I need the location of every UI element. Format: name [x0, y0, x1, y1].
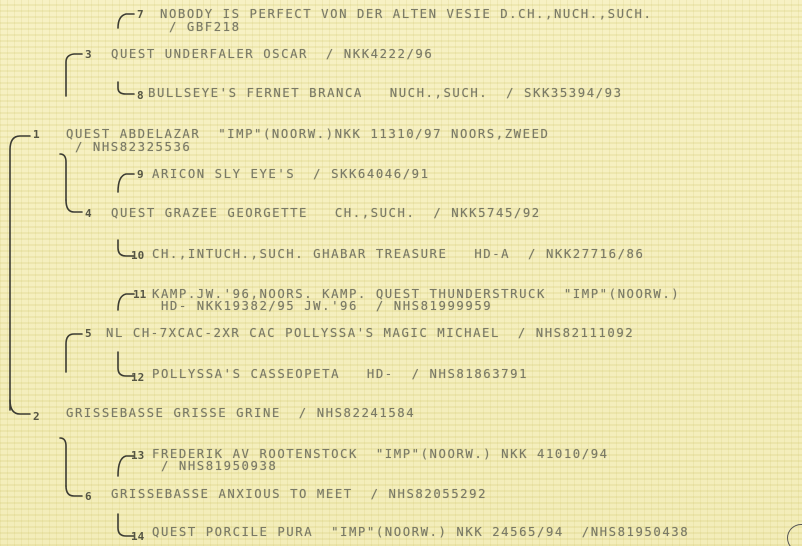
entry-number-10: 10: [131, 249, 144, 262]
entry-number-3: 3: [85, 48, 92, 61]
entry-number-4: 4: [85, 207, 92, 220]
entry-number-5: 5: [85, 327, 92, 340]
entry-10-line-1: CH.,INTUCH.,SUCH. GHABAR TREASURE HD-A /…: [152, 248, 644, 261]
entry-number-6: 6: [85, 490, 92, 503]
entry-5-line-1: NL CH-7XCAC-2XR CAC POLLYSSA'S MAGIC MIC…: [106, 327, 634, 340]
entry-number-12: 12: [131, 371, 144, 384]
entry-7-line-2: / GBF218: [160, 21, 241, 34]
entry-number-14: 14: [131, 530, 144, 543]
entry-1-line-2: / NHS82325536: [66, 141, 191, 154]
pedigree-document: 7 NOBODY IS PERFECT VON DER ALTEN VESIE …: [0, 0, 802, 546]
entry-6-line-1: GRISSEBASSE ANXIOUS TO MEET / NHS8205529…: [111, 488, 487, 501]
entry-13-line-2: / NHS81950938: [152, 460, 277, 473]
entry-14-line-1: QUEST PORCILE PURA "IMP"(NOORW.) NKK 245…: [152, 526, 689, 539]
entry-8-line-1: BULLSEYE'S FERNET BRANCA NUCH.,SUCH. / S…: [148, 87, 623, 100]
entry-4-line-1: QUEST GRAZEE GEORGETTE CH.,SUCH. / NKK57…: [111, 207, 541, 220]
entry-3-line-1: QUEST UNDERFALER OSCAR / NKK4222/96: [111, 48, 433, 61]
entry-9-line-1: ARICON SLY EYE'S / SKK64046/91: [152, 168, 430, 181]
entry-number-13: 13: [131, 449, 144, 462]
entry-12-line-1: POLLYSSA'S CASSEOPETA HD- / NHS81863791: [152, 368, 528, 381]
entry-number-7: 7: [137, 8, 144, 21]
entry-number-1: 1: [33, 128, 40, 141]
entry-number-8: 8: [137, 89, 144, 102]
entry-number-2: 2: [33, 410, 40, 423]
entry-2-line-1: GRISSEBASSE GRISSE GRINE / NHS82241584: [66, 407, 415, 420]
entry-11-line-2: HD- NKK19382/95 JW.'96 / NHS81999959: [152, 300, 492, 313]
entry-number-9: 9: [137, 168, 144, 181]
entry-number-11: 11: [133, 288, 146, 301]
pedigree-brackets: [0, 0, 802, 546]
